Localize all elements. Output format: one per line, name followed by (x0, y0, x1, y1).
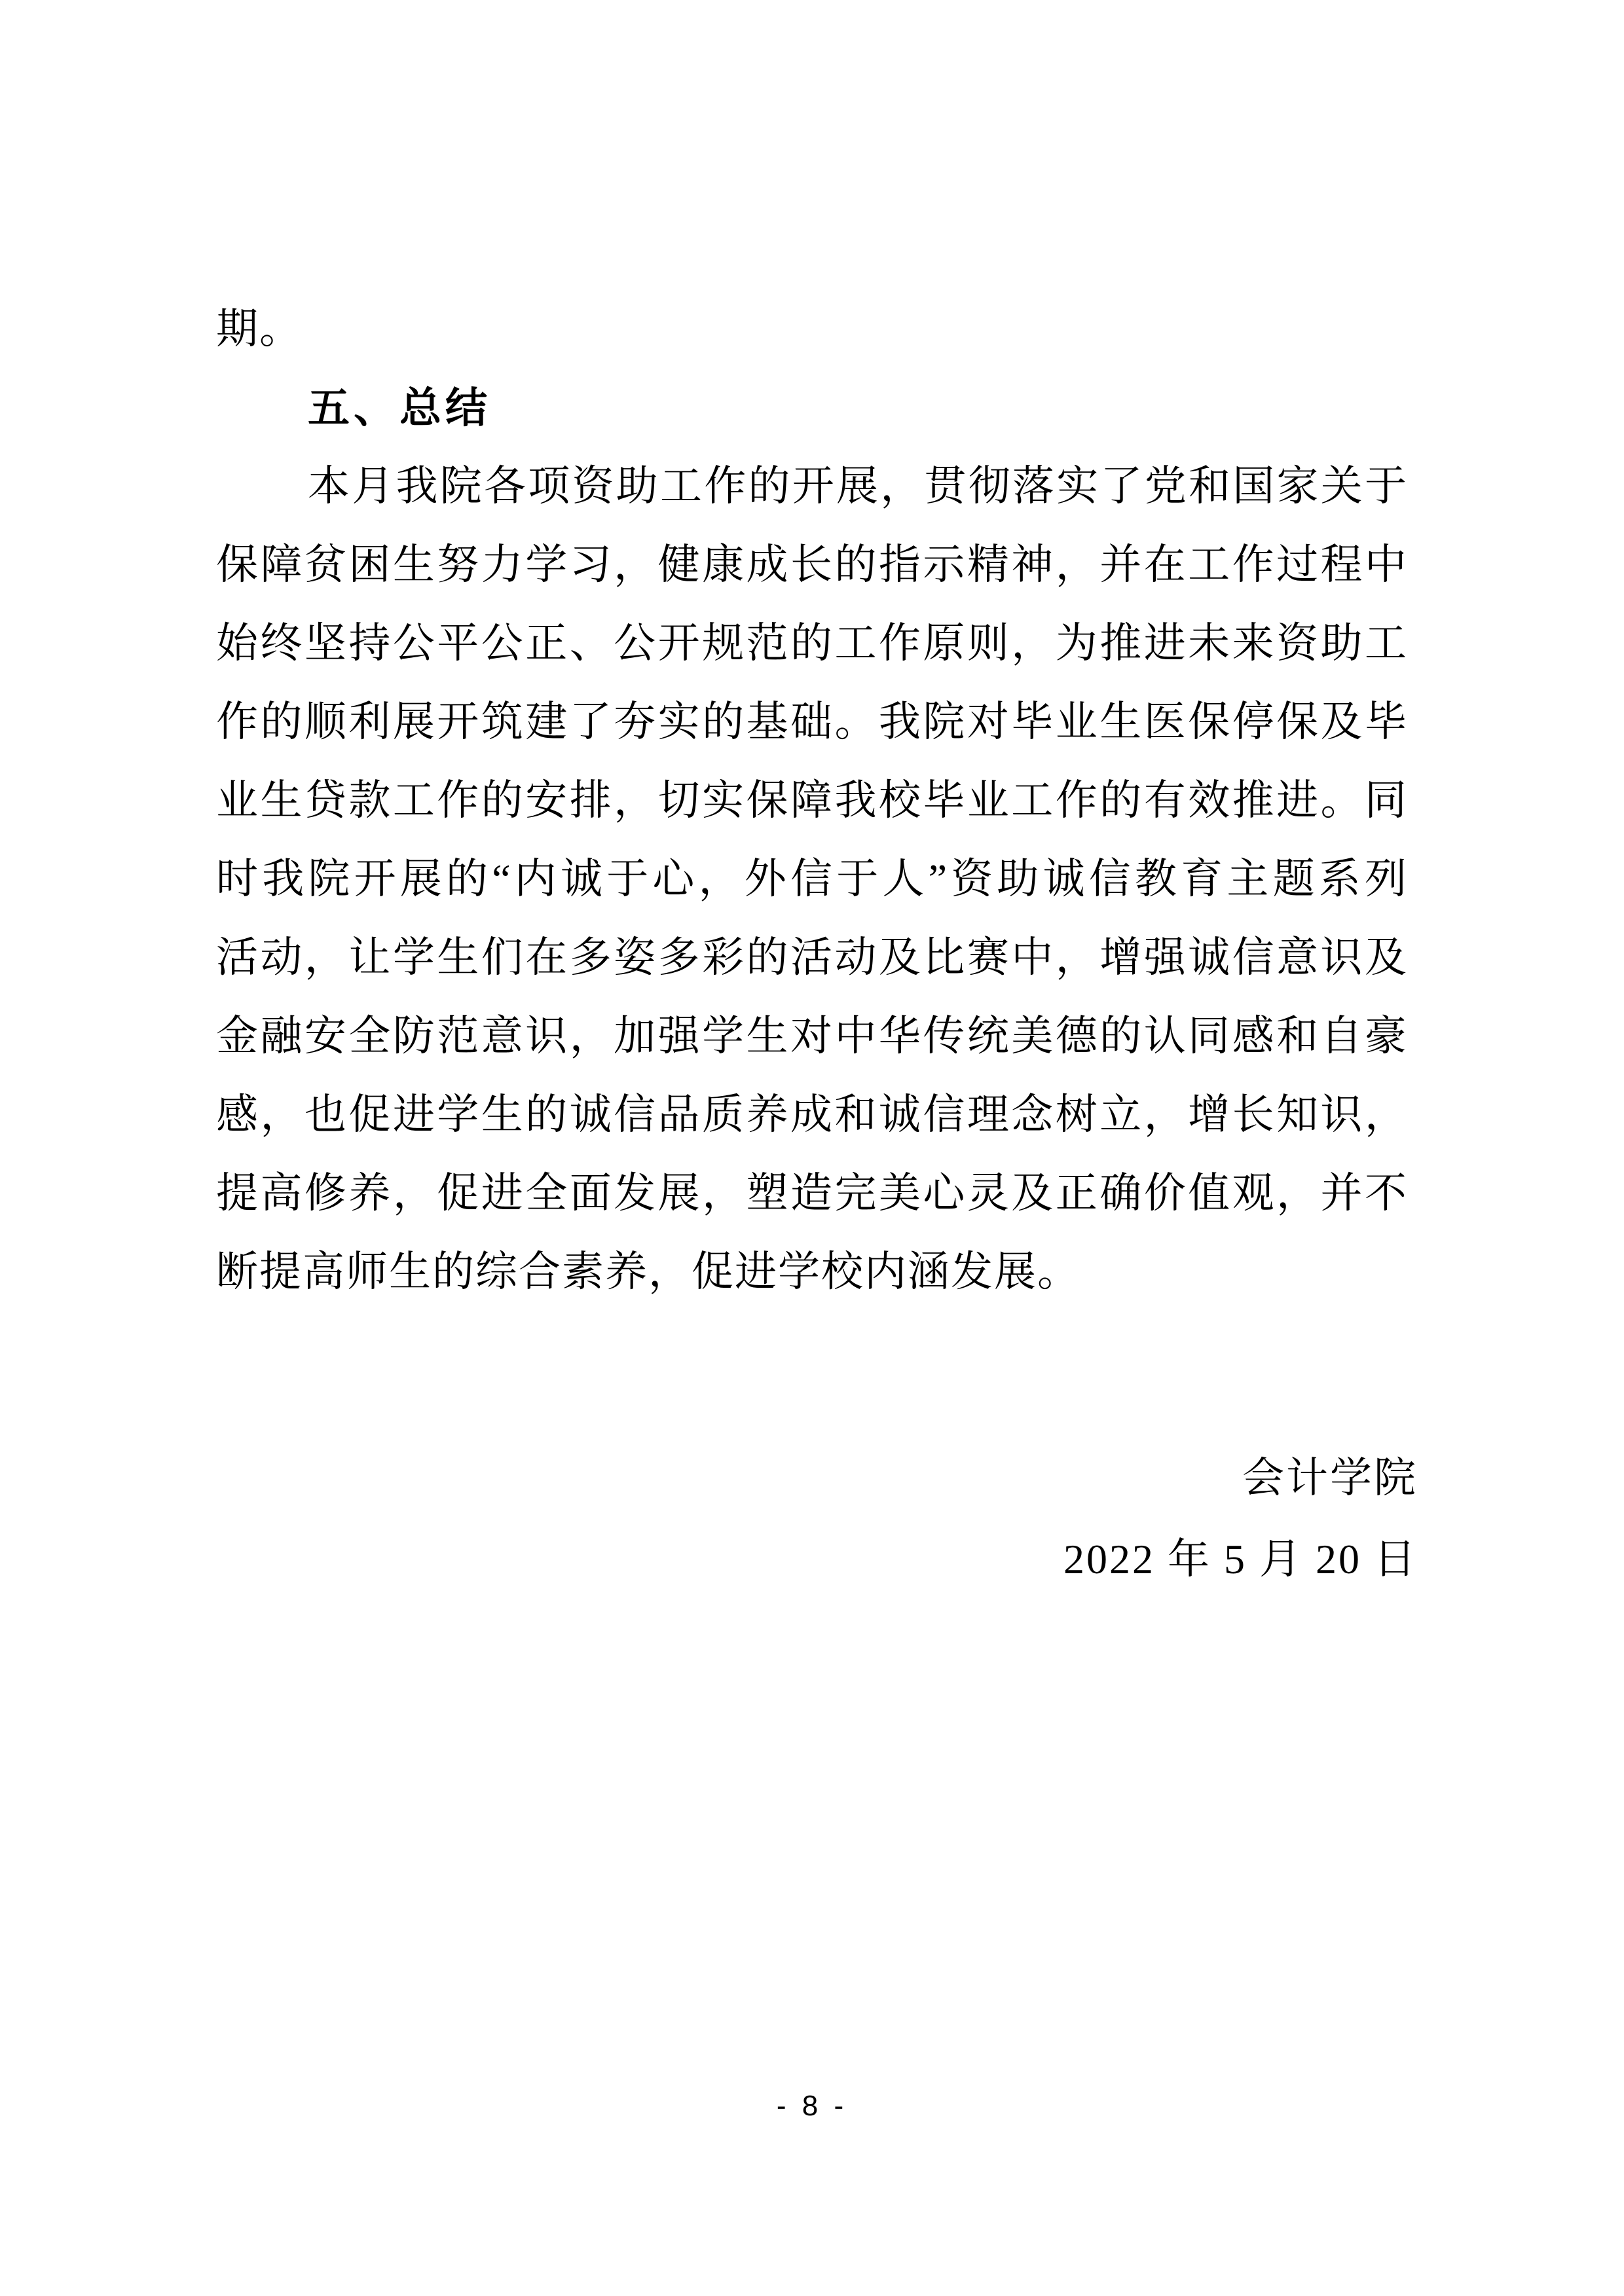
paragraph-line: 始终坚持公平公正、公开规范的工作原则，为推进未来资助工 (216, 604, 1408, 683)
paragraph-line: 断提高师生的综合素养，促进学校内涵发展。 (216, 1233, 1408, 1311)
paragraph-line: 提高修养，促进全面发展，塑造完美心灵及正确价值观，并不 (216, 1154, 1408, 1233)
signature-unit: 会计学院 (1063, 1438, 1418, 1519)
signature-date: 2022 年 5 月 20 日 (1063, 1519, 1418, 1600)
signature-block: 会计学院 2022 年 5 月 20 日 (1063, 1438, 1418, 1600)
paragraph-line: 保障贫困生努力学习，健康成长的指示精神，并在工作过程中 (216, 526, 1408, 604)
paragraph-line: 本月我院各项资助工作的开展，贯彻落实了党和国家关于 (216, 447, 1408, 526)
paragraph-line: 作的顺利展开筑建了夯实的基础。我院对毕业生医保停保及毕 (216, 683, 1408, 761)
section-heading: 五、总结 (216, 369, 1408, 447)
paragraph-line: 金融安全防范意识，加强学生对中华传统美德的认同感和自豪 (216, 997, 1408, 1076)
carryover-text: 期。 (216, 290, 1408, 369)
paragraph-line: 时我院开展的“内诚于心，外信于人”资助诚信教育主题系列 (216, 840, 1408, 919)
paragraph-line: 活动，让学生们在多姿多彩的活动及比赛中，增强诚信意识及 (216, 919, 1408, 997)
paragraph-line: 感，也促进学生的诚信品质养成和诚信理念树立，增长知识， (216, 1076, 1408, 1154)
paragraph-line: 业生贷款工作的安排，切实保障我校毕业工作的有效推进。同 (216, 761, 1408, 840)
document-page: 期。 五、总结 本月我院各项资助工作的开展，贯彻落实了党和国家关于 保障贫困生努… (0, 0, 1624, 2296)
document-body: 期。 五、总结 本月我院各项资助工作的开展，贯彻落实了党和国家关于 保障贫困生努… (216, 290, 1408, 1311)
page-number: - 8 - (0, 2090, 1624, 2123)
